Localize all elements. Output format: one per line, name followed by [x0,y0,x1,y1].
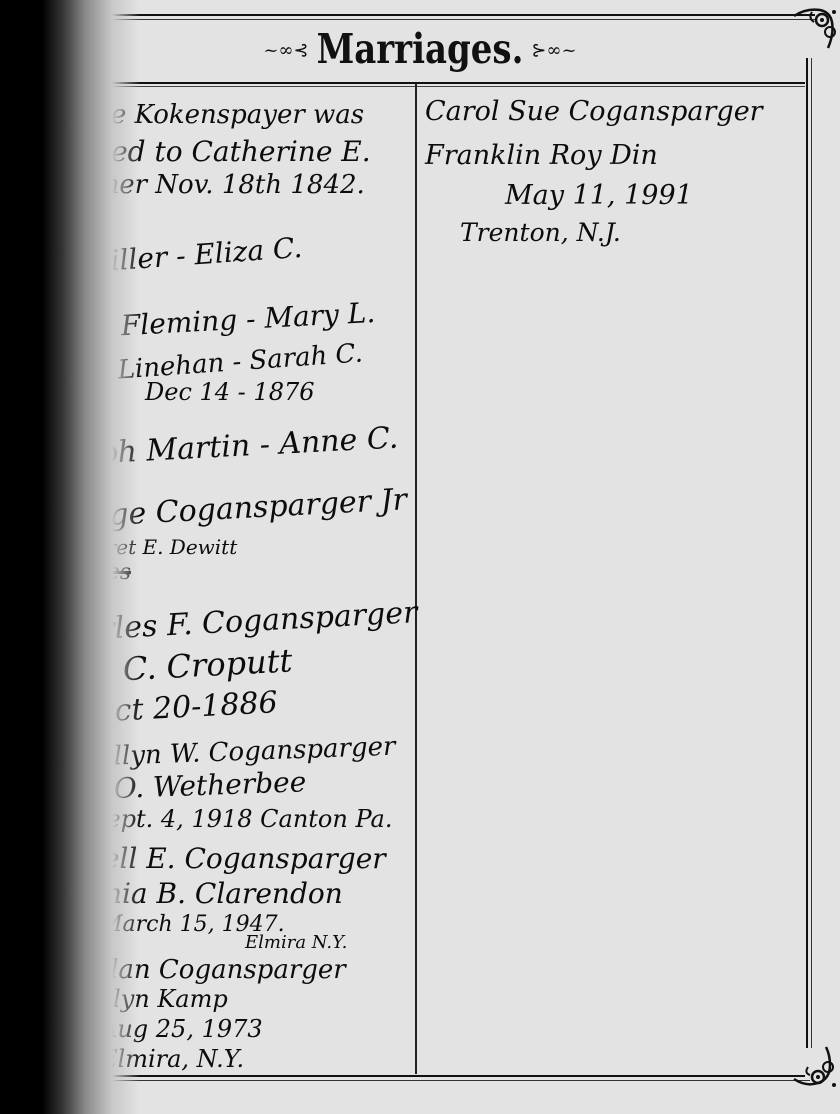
entry-line: Allie C. Croputt [39,641,293,692]
frame-top-rule [40,14,815,16]
header-rule-inner [40,86,805,87]
corner-ornament-icon [790,4,838,52]
page-title: Marriages. [317,26,524,74]
entry-line: Elmira N.Y. [245,932,347,953]
page-header: ~∞⊰ Marriages. ⊱∞~ [0,22,840,78]
register-page: ~∞⊰ Marriages. ⊱∞~ George Kokenspayer wa… [0,0,840,1114]
entry-line: Charles F. Cogansparger [39,595,418,650]
entry-line: Russell E. Cogansparger [35,842,386,875]
frame-bottom-rule [40,1075,805,1077]
entry-line: George Cogansparger Jr [34,482,407,536]
entry-line: Elmira, N.Y. [100,1045,244,1073]
entry-line: Franklin Roy Din [425,140,658,171]
corner-ornament-icon [790,1045,838,1093]
entry-line: Joseph Martin - Anne C. [34,421,399,475]
frame-right-rule [806,58,808,1048]
entry-line: David Fleming - Mary L. [29,296,376,347]
entry-line: Dec 14 - 1876 [145,378,315,406]
entry-line: W. Miller - Eliza C. [39,231,303,282]
entry-line-struck: Charles [45,560,131,585]
flourish-right-icon: ⊱∞~ [531,40,576,61]
entry-line: Married to Catherine E. [30,135,371,168]
flourish-left-icon: ~∞⊰ [263,40,308,61]
frame-bottom-rule-inner [40,1080,810,1081]
entry-line: Cranmer Nov. 18th 1842. [30,170,365,200]
entry-line: George Kokenspayer was [30,100,364,130]
frame-right-rule-inner [811,58,812,1048]
entry-line: Trenton, N.J. [460,218,621,247]
entry-line: Carol Sue Cogansparger [425,96,763,127]
column-divider [415,84,417,1074]
entry-line: Marilyn Kamp [55,985,228,1013]
entry-line: May 11, 1991 [505,180,693,211]
frame-top-rule-inner [40,19,815,20]
entry-line: Margaret E. Dewitt [40,535,237,559]
header-rule [40,82,805,84]
entry-line: Oct 20-1886 [89,685,278,730]
entry-line: Sept. 4, 1918 Canton Pa. [90,805,392,833]
entry-line: Aug 25, 1973 [100,1015,263,1043]
entry-line: Lee Alan Cogansparger [35,955,346,985]
entry-line: Virginia B. Clarendon [35,877,343,910]
